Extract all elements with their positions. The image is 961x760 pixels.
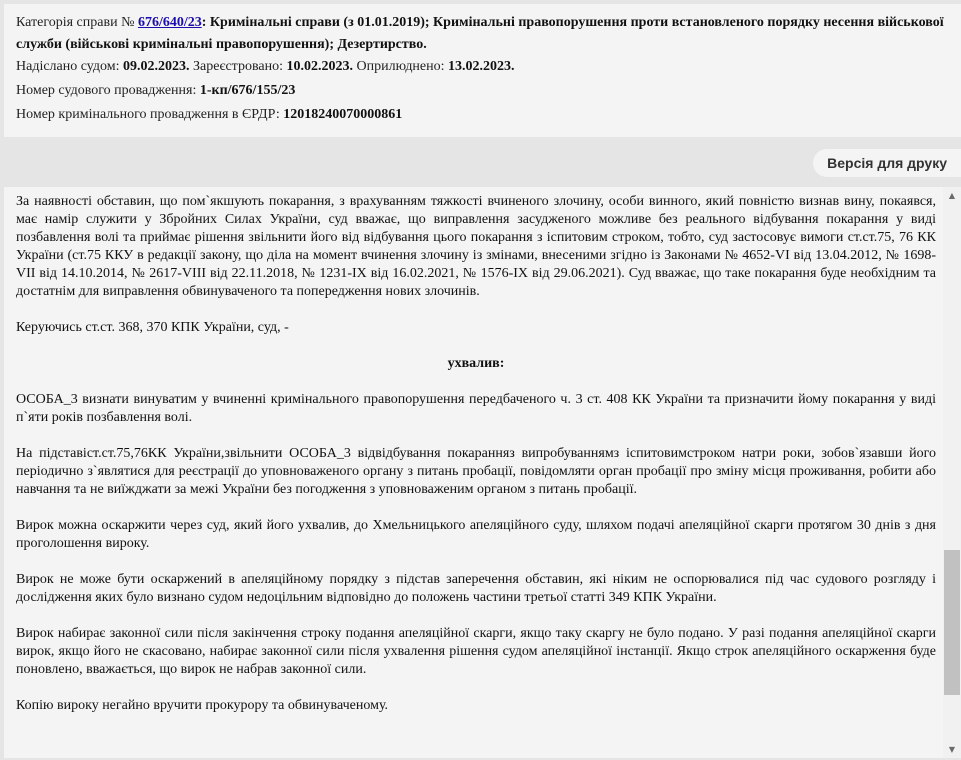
paragraph-appeal-limits: Вирок не може бути оскаржений в апеляцій… xyxy=(16,571,936,607)
erdr-line: Номер кримінального провадження в ЄРДР: … xyxy=(16,104,949,126)
court-proceeding-label: Номер судового провадження: xyxy=(16,83,196,98)
paragraph-guilty: ОСОБА_3 визнати винуватим у вчиненні кри… xyxy=(16,391,936,427)
paragraph-mitigating: За наявності обставин, що пом`якшують по… xyxy=(16,193,936,301)
paragraph-legal-force: Вирок набирає законної сили після закінч… xyxy=(16,625,936,679)
paragraph-appeal: Вирок можна оскаржити через суд, який йо… xyxy=(16,517,936,553)
case-info-panel: Категорія справи № 676/640/23: Криміналь… xyxy=(4,4,961,137)
published-date: 13.02.2023. xyxy=(448,59,515,74)
published-label: Оприлюднено: xyxy=(356,59,444,74)
print-toolbar: Версія для друку xyxy=(0,137,961,187)
paragraph-probation: На підставіст.ст.75,76КК України,звільни… xyxy=(16,445,936,499)
case-dates-line: Надіслано судом: 09.02.2023. Зареєстрова… xyxy=(16,56,949,78)
case-number-link[interactable]: 676/640/23 xyxy=(138,15,202,30)
document-scrollbar[interactable]: ▲ ▼ xyxy=(943,187,961,758)
paragraph-copy: Копію вироку негайно вручити прокурору т… xyxy=(16,697,936,715)
document-viewer: За наявності обставин, що пом`якшують по… xyxy=(4,187,961,758)
court-proceeding-line: Номер судового провадження: 1-кп/676/155… xyxy=(16,80,949,102)
erdr-label: Номер кримінального провадження в ЄРДР: xyxy=(16,107,280,122)
registered-date: 10.02.2023. xyxy=(286,59,353,74)
document-text: За наявності обставин, що пом`якшують по… xyxy=(16,193,936,733)
scroll-down-arrow-icon[interactable]: ▼ xyxy=(943,741,961,758)
paragraph-guided-by: Керуючись ст.ст. 368, 370 КПК України, с… xyxy=(16,319,936,337)
case-category-line: Категорія справи № 676/640/23: Криміналь… xyxy=(16,12,949,56)
paragraph-decided-heading: ухвалив: xyxy=(16,355,936,373)
sent-date: 09.02.2023. xyxy=(123,59,190,74)
erdr-number: 12018240070000861 xyxy=(283,107,402,122)
court-proceeding-number: 1-кп/676/155/23 xyxy=(200,83,295,98)
scroll-thumb[interactable] xyxy=(944,550,960,695)
registered-label: Зареєстровано: xyxy=(193,59,283,74)
case-category-label: Категорія справи № xyxy=(16,15,134,30)
sent-label: Надіслано судом: xyxy=(16,59,120,74)
scroll-up-arrow-icon[interactable]: ▲ xyxy=(943,187,961,204)
print-version-button[interactable]: Версія для друку xyxy=(813,149,961,177)
